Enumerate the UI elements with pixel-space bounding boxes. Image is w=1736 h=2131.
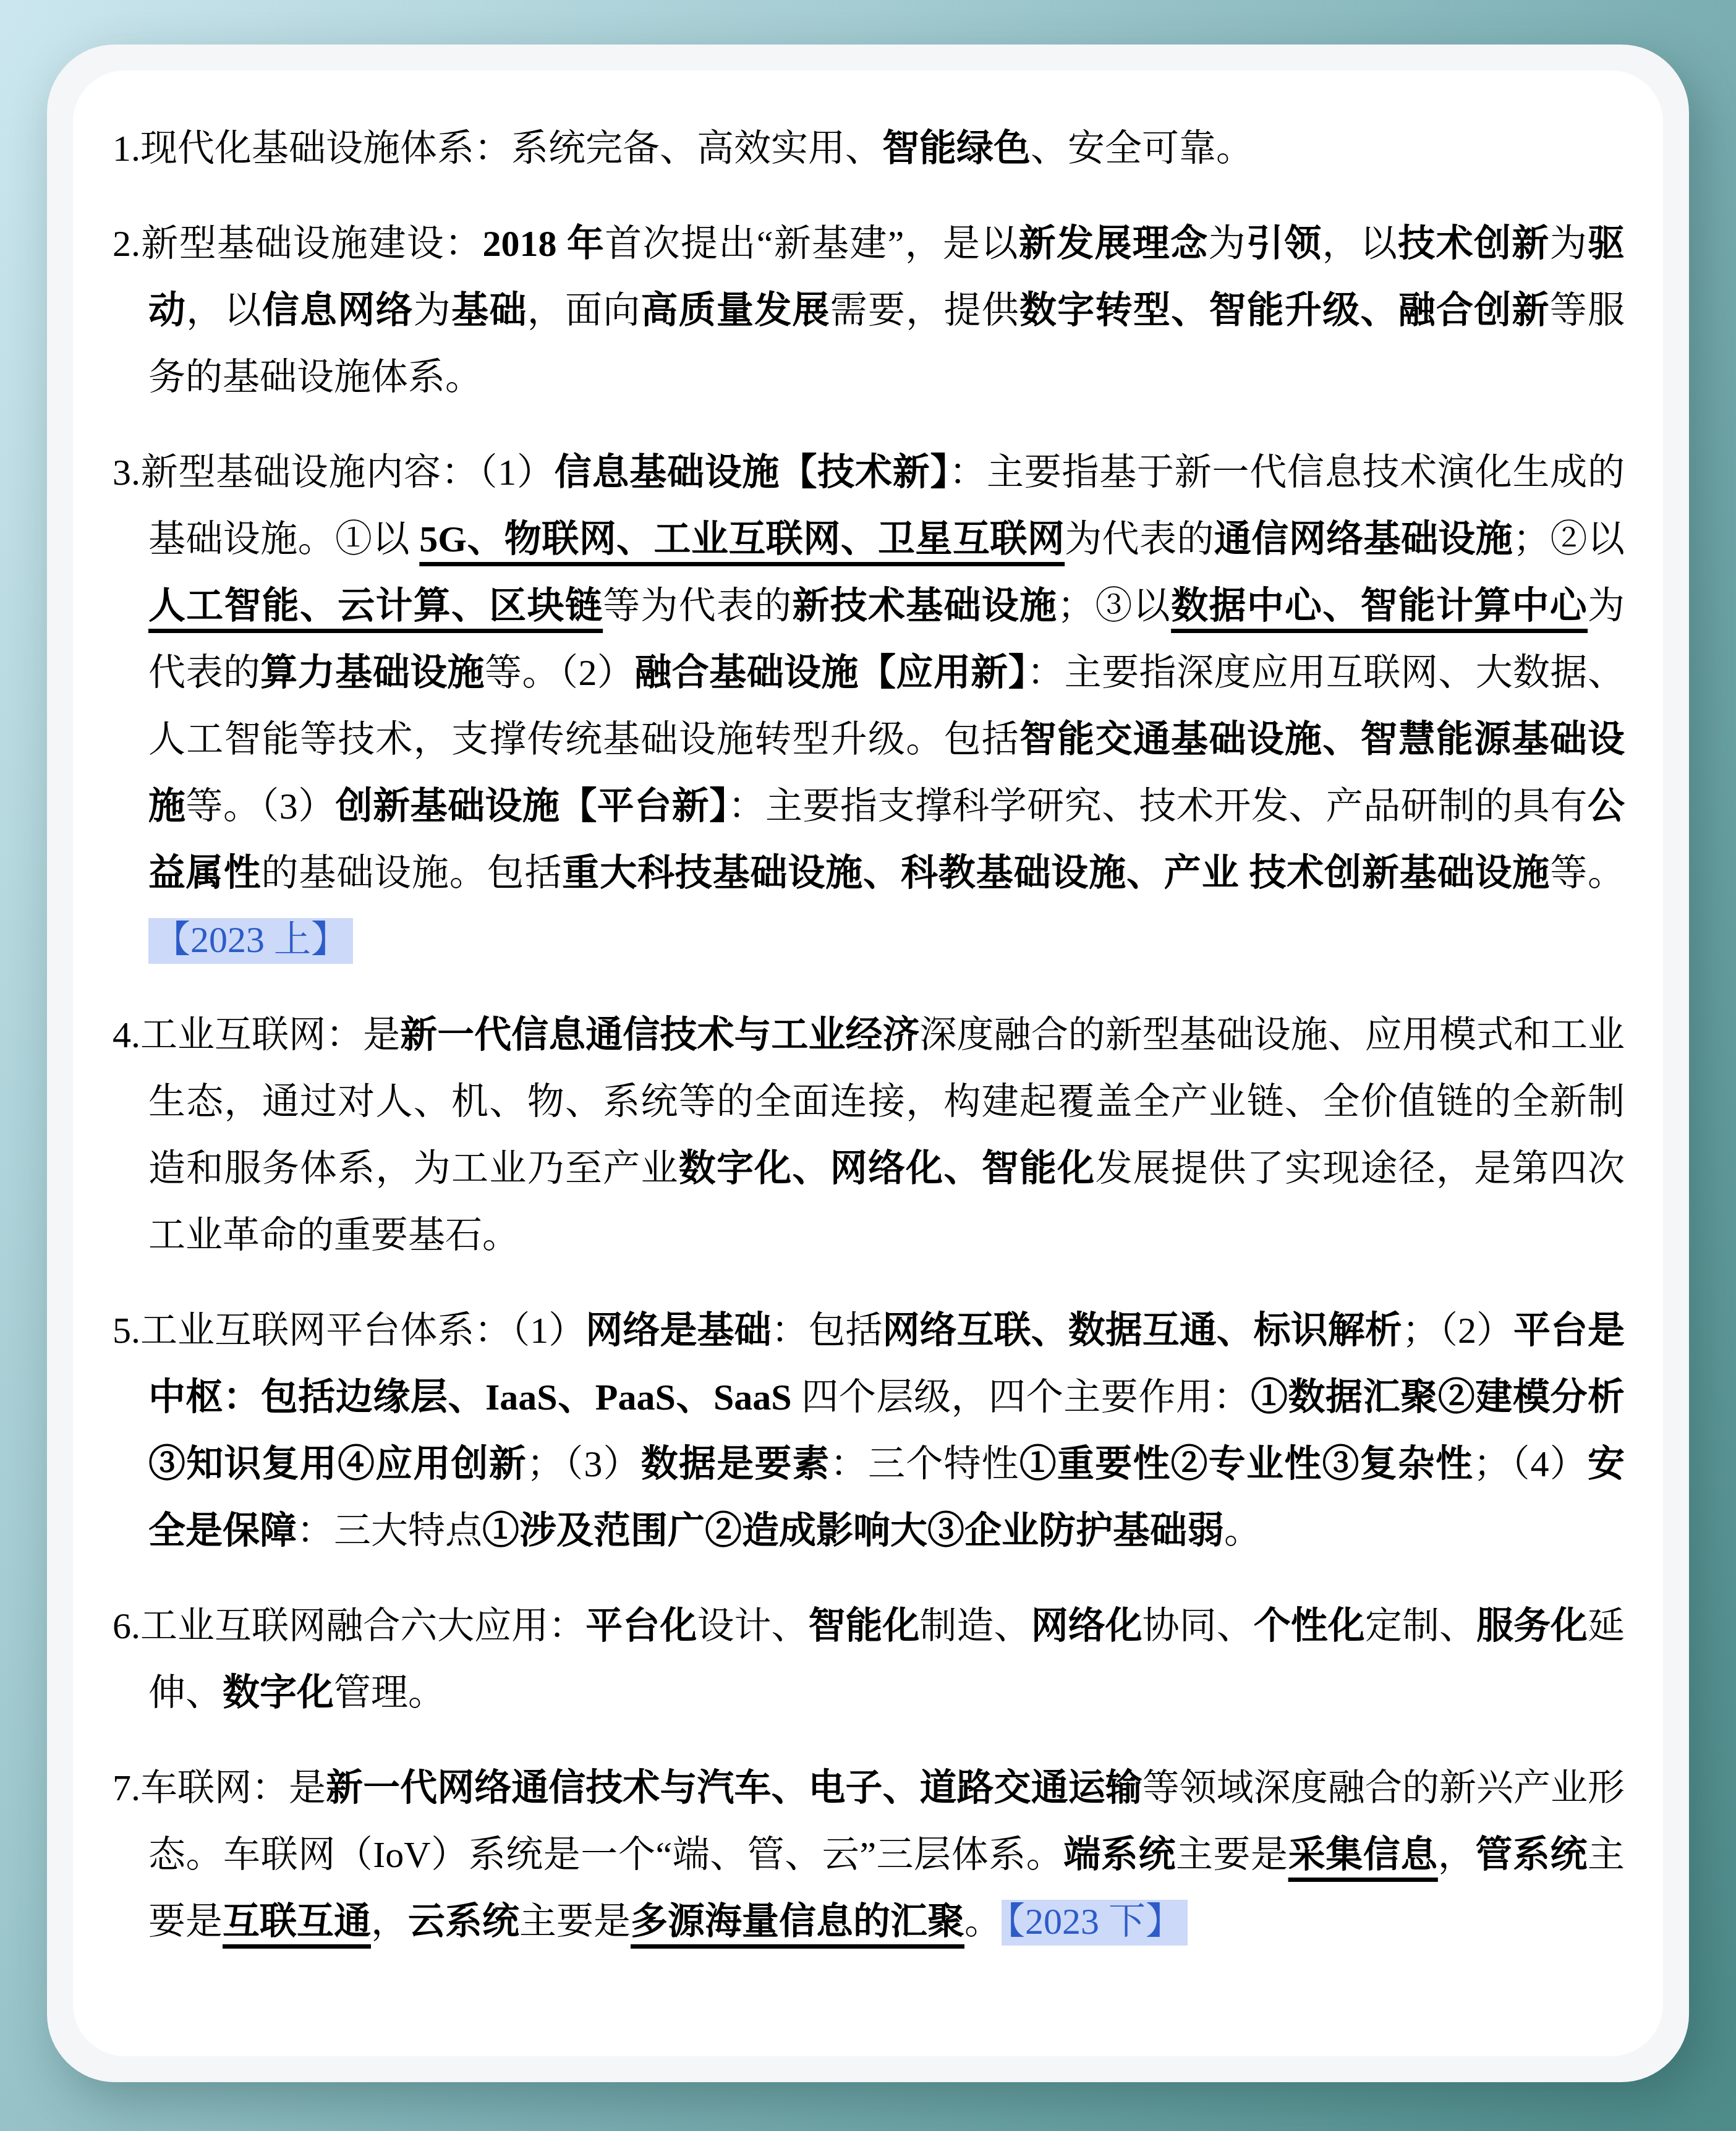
bold-text-run: 新技术基础设施 [793, 585, 1058, 626]
text-run: 为 [1550, 223, 1588, 264]
text-run: 新型基础设施内容：（1） [140, 452, 555, 493]
text-run: 为代表的 [1065, 519, 1214, 559]
bold-text-run: 引领 [1246, 223, 1322, 264]
text-run: 工业互联网：是 [140, 1014, 400, 1055]
bold-text-run: 基础 [451, 290, 527, 331]
text-run: 首次提出“新基建”，是以 [605, 223, 1019, 264]
bold-text-run: 管系统 [1475, 1834, 1588, 1875]
text-run: 等为代表的 [603, 585, 792, 626]
bold-text-run: 创新基础设施【平台新】 [336, 786, 728, 827]
bold-text-run: 智能化 [808, 1606, 919, 1646]
note-item-1: 1.现代化基础设施体系：系统完备、高效实用、智能绿色、安全可靠。 [113, 115, 1625, 182]
text-run: 为 [1209, 223, 1246, 264]
text-run: ；（4） [1473, 1444, 1588, 1484]
text-run: 工业互联网平台体系：（1） [140, 1310, 585, 1351]
text-run: 管理。 [334, 1672, 445, 1713]
text-run: ，以 [186, 290, 262, 331]
bold-text-run: ①涉及范围广②造成影响大③企业防护基础弱 [482, 1510, 1224, 1551]
text-run: 。 [964, 1901, 1002, 1942]
page-background: 1.现代化基础设施体系：系统完备、高效实用、智能绿色、安全可靠。2.新型基础设施… [0, 0, 1736, 2131]
text-run: ，面向 [527, 290, 641, 331]
exam-session-tag: 【2023 上】 [148, 918, 353, 964]
bold-text-run: 信息网络 [262, 290, 414, 331]
bold-text-run: 网络是基础 [585, 1310, 771, 1351]
text-run: 制造、 [920, 1606, 1031, 1646]
bold-text-run: 网络互联、数据互通、标识解析 [883, 1310, 1402, 1351]
text-run: ， [1438, 1834, 1476, 1875]
text-run: 四个层级，四个主要作用： [792, 1377, 1251, 1418]
text-run: ，以 [1322, 223, 1398, 264]
bold-text-run: 融合基础设施【应用新】 [634, 652, 1027, 693]
text-run: ；③以 [1057, 585, 1171, 626]
bold-text-run: 数据是要素 [641, 1444, 830, 1484]
bold-text-run: 服务化 [1476, 1606, 1588, 1646]
bold-text-run: 新发展理念 [1019, 223, 1209, 264]
notes-card: 1.现代化基础设施体系：系统完备、高效实用、智能绿色、安全可靠。2.新型基础设施… [73, 70, 1663, 2056]
bold-text-run: 信息基础设施【技术新】 [555, 452, 949, 493]
bold-text-run: 云系统 [408, 1901, 519, 1942]
bold-text-run: 网络化 [1031, 1606, 1142, 1646]
item-number: 3. [113, 452, 140, 493]
bold-text-run: 高质量发展 [640, 290, 830, 331]
text-run: 工业互联网融合六大应用： [140, 1606, 585, 1646]
text-run: ；（2） [1402, 1310, 1513, 1351]
bold-text-run: 数字化 [223, 1672, 334, 1713]
text-run: 现代化基础设施体系：系统完备、高效实用、 [140, 128, 882, 169]
text-run: ：主要指支撑科学研究、技术开发、产品研制的具有 [728, 786, 1588, 827]
bold-text-run: 重大科技基础设施、科教基础设施、产业 技术创新基础设施 [562, 853, 1550, 893]
text-run: 协同、 [1142, 1606, 1254, 1646]
text-run: 的基础设施。包括 [262, 853, 563, 893]
notes-list: 1.现代化基础设施体系：系统完备、高效实用、智能绿色、安全可靠。2.新型基础设施… [113, 115, 1625, 1955]
bold-text-run: ①重要性②专业性③复杂性 [1019, 1444, 1473, 1484]
bold-text-run: 2018 年 [483, 223, 605, 264]
outer-card: 1.现代化基础设施体系：系统完备、高效实用、智能绿色、安全可靠。2.新型基础设施… [47, 45, 1689, 2082]
bold-text-run: 新一代网络通信技术与汽车、电子、道路交通运输 [326, 1767, 1142, 1808]
exam-session-tag: 【2023 下】 [1002, 1900, 1188, 1946]
note-item-3: 3.新型基础设施内容：（1）信息基础设施【技术新】：主要指基于新一代信息技术演化… [113, 439, 1625, 973]
underlined-text-run: 数据中心、智能计算中心 [1171, 585, 1588, 626]
text-run: 、安全可靠。 [1031, 128, 1253, 169]
bold-text-run: 智能绿色 [882, 128, 1031, 169]
text-run: 主要是 [1176, 1834, 1288, 1875]
text-run: 等。（2） [485, 652, 634, 693]
underlined-text-run: 互联互通 [223, 1901, 371, 1942]
text-run: 需要，提供 [830, 290, 1019, 331]
item-number: 5. [113, 1310, 140, 1351]
text-run: ；②以 [1513, 519, 1625, 559]
text-run: ：三大特点 [297, 1510, 482, 1551]
bold-text-run: 数字转型、智能升级、融合创新 [1019, 290, 1550, 331]
item-number: 2. [113, 223, 140, 264]
underlined-text-run: 5G、物联网、工业互联网、卫星互联网 [419, 519, 1065, 559]
text-run: 主要是 [519, 1901, 631, 1942]
note-item-7: 7.车联网：是新一代网络通信技术与汽车、电子、道路交通运输等领域深度融合的新兴产… [113, 1755, 1625, 1955]
note-item-6: 6.工业互联网融合六大应用：平台化设计、智能化制造、网络化协同、个性化定制、服务… [113, 1593, 1625, 1726]
text-run: 为 [414, 290, 451, 331]
note-item-2: 2.新型基础设施建设：2018 年首次提出“新基建”，是以新发展理念为引领，以技… [113, 210, 1625, 410]
text-run: 等。（3） [185, 786, 335, 827]
text-run: ：包括 [771, 1310, 882, 1351]
bold-text-run: 数字化、网络化、智能化 [679, 1148, 1096, 1189]
item-number: 7. [113, 1767, 140, 1808]
underlined-text-run: 人工智能、云计算、区块链 [148, 585, 603, 626]
item-number: 4. [113, 1014, 140, 1055]
text-run: 等。 [1550, 853, 1625, 893]
bold-text-run: 个性化 [1254, 1606, 1365, 1646]
bold-text-run: 平台化 [585, 1606, 697, 1646]
bold-text-run: 新一代信息通信技术与工业经济 [400, 1014, 919, 1055]
text-run: 设计、 [697, 1606, 808, 1646]
note-item-4: 4.工业互联网：是新一代信息通信技术与工业经济深度融合的新型基础设施、应用模式和… [113, 1002, 1625, 1269]
bold-text-run: 技术创新 [1398, 223, 1549, 264]
bold-text-run: 通信网络基础设施 [1214, 519, 1513, 559]
text-run: ， [371, 1901, 408, 1942]
underlined-text-run: 多源海量信息的汇聚 [631, 1901, 964, 1942]
text-run: 。 [1224, 1510, 1261, 1551]
underlined-text-run: 采集信息 [1288, 1834, 1438, 1875]
text-run: ；（3） [527, 1444, 641, 1484]
bold-text-run: 端系统 [1063, 1834, 1176, 1875]
text-run: ：三个特性 [830, 1444, 1019, 1484]
text-run: 定制、 [1365, 1606, 1476, 1646]
note-item-5: 5.工业互联网平台体系：（1）网络是基础：包括网络互联、数据互通、标识解析；（2… [113, 1297, 1625, 1564]
text-run: 新型基础设施建设： [140, 223, 483, 264]
bold-text-run: 算力基础设施 [260, 652, 485, 693]
item-number: 6. [113, 1606, 140, 1646]
item-number: 1. [113, 128, 140, 169]
text-run: 车联网：是 [140, 1767, 326, 1808]
